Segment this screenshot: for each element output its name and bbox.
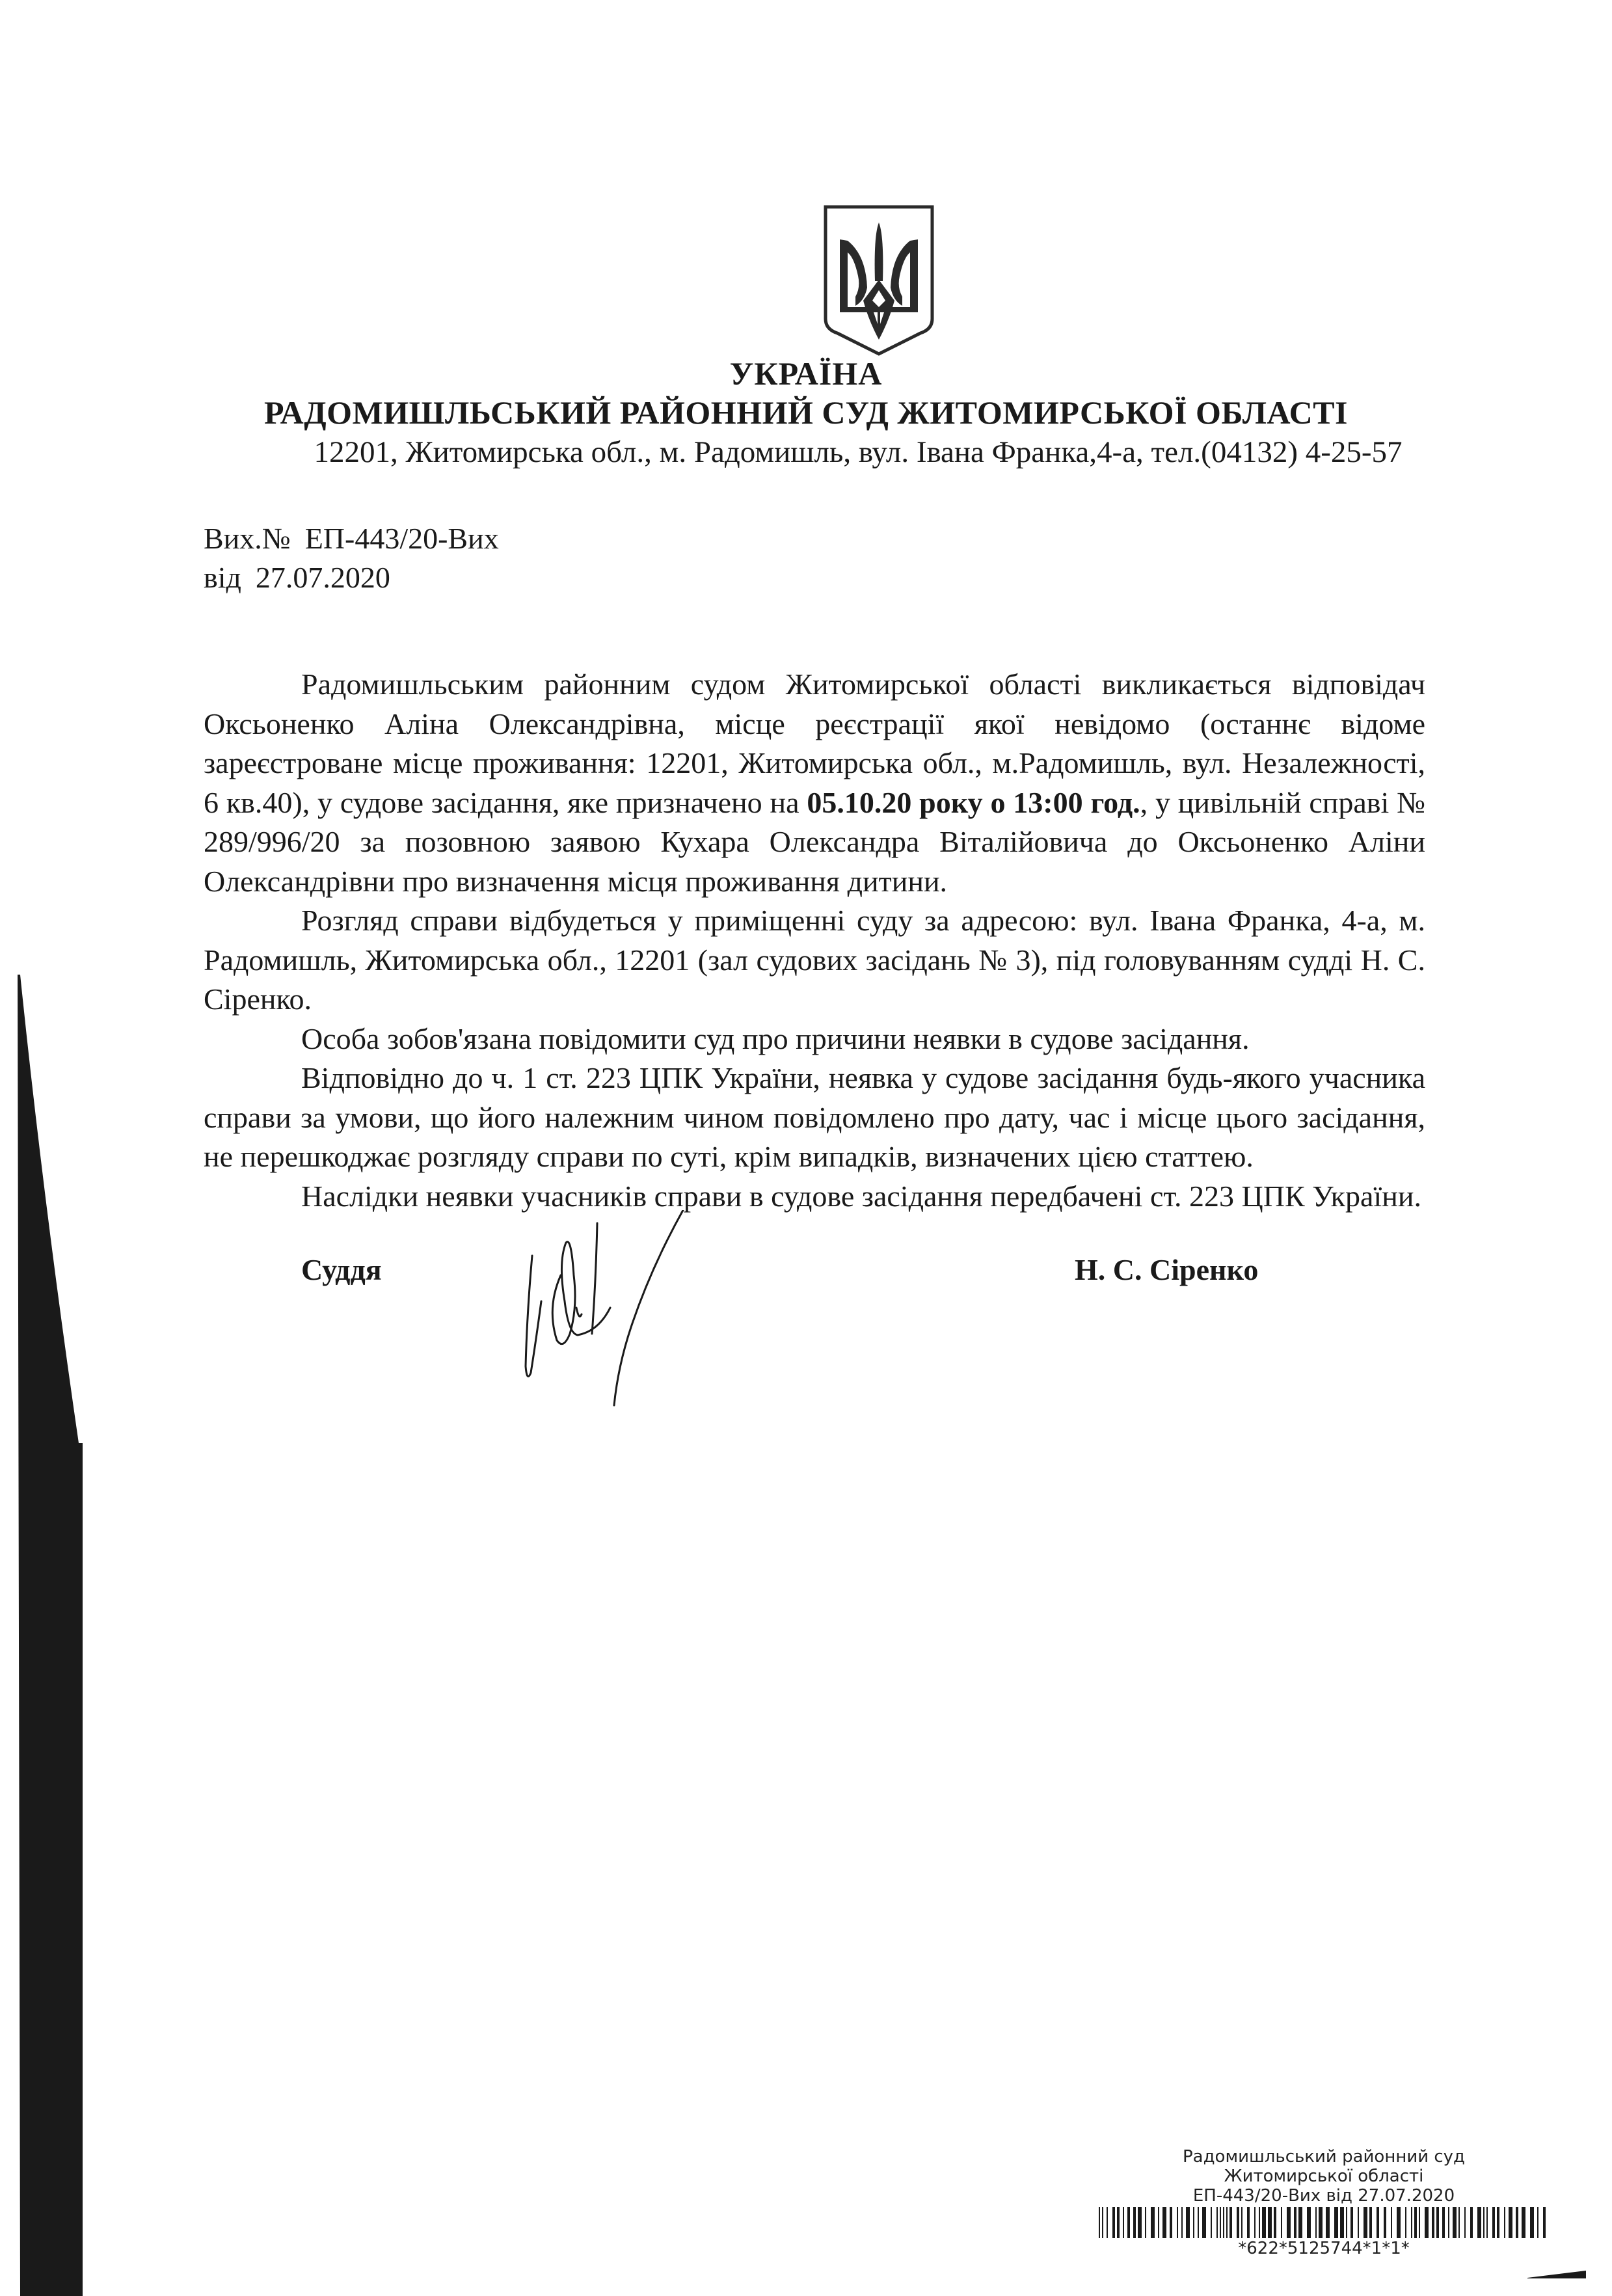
barcode-bar bbox=[1537, 2207, 1538, 2238]
barcode-bar bbox=[1411, 2207, 1412, 2238]
barcode-bar bbox=[1151, 2207, 1155, 2238]
barcode-bar bbox=[1127, 2207, 1130, 2238]
barcode-bar bbox=[1509, 2207, 1512, 2238]
barcode-bar bbox=[1419, 2207, 1420, 2238]
barcode-bar bbox=[1223, 2207, 1224, 2238]
scan-shadow-bottom-right bbox=[1527, 2271, 1586, 2278]
barcode-bar bbox=[1099, 2207, 1100, 2238]
barcode-bar bbox=[1477, 2207, 1481, 2238]
barcode-bar bbox=[1315, 2207, 1317, 2238]
summons-body: Радомишльським районним судом Житомирськ… bbox=[204, 665, 1425, 1216]
barcode-bar bbox=[1326, 2207, 1330, 2238]
barcode bbox=[1096, 2207, 1552, 2238]
barcode-bar bbox=[1414, 2207, 1417, 2238]
barcode-bar bbox=[1241, 2207, 1243, 2238]
barcode-bar bbox=[1522, 2207, 1525, 2238]
signer-role: Суддя bbox=[301, 1252, 382, 1287]
ukraine-coat-of-arms-icon bbox=[822, 203, 936, 357]
barcode-bar bbox=[1543, 2207, 1546, 2238]
barcode-bar bbox=[1530, 2207, 1534, 2238]
barcode-bar bbox=[1112, 2207, 1115, 2238]
outgoing-number: ЕП-443/20-Вих bbox=[305, 522, 499, 555]
barcode-bar bbox=[1287, 2207, 1291, 2238]
barcode-bar bbox=[1158, 2207, 1159, 2238]
barcode-bar bbox=[1442, 2207, 1445, 2238]
barcode-bar bbox=[1346, 2207, 1347, 2238]
barcode-bar bbox=[1262, 2207, 1266, 2238]
barcode-bar bbox=[1202, 2207, 1206, 2238]
barcode-bar bbox=[1226, 2207, 1228, 2238]
barcode-bar bbox=[1211, 2207, 1212, 2238]
barcode-bar bbox=[1247, 2207, 1250, 2238]
barcode-bar bbox=[1162, 2207, 1166, 2238]
barcode-bar bbox=[1358, 2207, 1359, 2238]
handwritten-signature bbox=[501, 1210, 774, 1412]
stamp-court-name: Радомишльський районний суд bbox=[1086, 2147, 1561, 2167]
barcode-bar bbox=[1436, 2207, 1439, 2238]
barcode-bar bbox=[1268, 2207, 1272, 2238]
barcode-bar bbox=[1470, 2207, 1473, 2238]
barcode-bar bbox=[1319, 2207, 1323, 2238]
barcode-bar bbox=[1186, 2207, 1190, 2238]
barcode-bar bbox=[1405, 2207, 1406, 2238]
barcode-bar bbox=[1220, 2207, 1221, 2238]
stamp-region: Житомирської області bbox=[1086, 2167, 1561, 2186]
barcode-bar bbox=[1483, 2207, 1484, 2238]
barcode-bar bbox=[1369, 2207, 1372, 2238]
barcode-bar bbox=[1464, 2207, 1466, 2238]
stamp-reference: ЕП-443/20-Вих від 27.07.2020 bbox=[1086, 2186, 1561, 2206]
signer-name: Н. С. Сіренко bbox=[1075, 1252, 1258, 1287]
registration-stamp: Радомишльський районний суд Житомирської… bbox=[1086, 2147, 1561, 2258]
barcode-bar bbox=[1193, 2207, 1194, 2238]
barcode-bar bbox=[1138, 2207, 1142, 2238]
barcode-bar bbox=[1486, 2207, 1488, 2238]
barcode-bar bbox=[1334, 2207, 1338, 2238]
barcode-bar bbox=[1237, 2207, 1239, 2238]
barcode-bar bbox=[1425, 2207, 1429, 2238]
document-page: УКРАЇНА РАДОМИШЛЬСЬКИЙ РАЙОННИЙ СУД ЖИТО… bbox=[0, 0, 1612, 2296]
barcode-bar bbox=[1254, 2207, 1256, 2238]
barcode-bar bbox=[1458, 2207, 1460, 2238]
barcode-bar bbox=[1516, 2207, 1518, 2238]
barcode-bar bbox=[1448, 2207, 1449, 2238]
barcode-bar bbox=[1107, 2207, 1108, 2238]
barcode-bar bbox=[1504, 2207, 1505, 2238]
barcode-bar bbox=[1274, 2207, 1276, 2238]
outgoing-date-line: від27.07.2020 bbox=[204, 558, 499, 597]
court-name: РАДОМИШЛЬСЬКИЙ РАЙОННИЙ СУД ЖИТОМИРСЬКОЇ… bbox=[0, 394, 1612, 431]
paragraph-location: Розгляд справи відбудеться у приміщенні … bbox=[204, 901, 1425, 1020]
barcode-bar bbox=[1170, 2207, 1172, 2238]
barcode-bar bbox=[1117, 2207, 1120, 2238]
outgoing-number-label: Вих.№ bbox=[204, 522, 291, 555]
outgoing-reference: Вих.№ЕП-443/20-Вих від27.07.2020 bbox=[204, 519, 499, 597]
outgoing-date-label: від bbox=[204, 561, 241, 594]
barcode-bar bbox=[1453, 2207, 1457, 2238]
barcode-bar bbox=[1492, 2207, 1495, 2238]
barcode-bar bbox=[1133, 2207, 1136, 2238]
barcode-bar bbox=[1123, 2207, 1124, 2238]
paragraph-obligation: Особа зобов'язана повідомити суд про при… bbox=[204, 1020, 1425, 1059]
paragraph-legal-basis: Відповідно до ч. 1 ст. 223 ЦПК України, … bbox=[204, 1059, 1425, 1177]
barcode-bar bbox=[1145, 2207, 1146, 2238]
court-address: 12201, Житомирська обл., м. Радомишль, в… bbox=[0, 435, 1612, 470]
barcode-bar bbox=[1229, 2207, 1232, 2238]
barcode-bar bbox=[1102, 2207, 1103, 2238]
barcode-bar bbox=[1363, 2207, 1367, 2238]
scan-shadow-left bbox=[18, 975, 83, 2296]
barcode-bar bbox=[1181, 2207, 1183, 2238]
barcode-number: *622*5125744*1*1* bbox=[1086, 2239, 1561, 2258]
outgoing-number-line: Вих.№ЕП-443/20-Вих bbox=[204, 519, 499, 558]
barcode-bar bbox=[1281, 2207, 1282, 2238]
barcode-bar bbox=[1432, 2207, 1434, 2238]
barcode-bar bbox=[1391, 2207, 1392, 2238]
barcode-bar bbox=[1216, 2207, 1218, 2238]
barcode-bar bbox=[1497, 2207, 1499, 2238]
barcode-bar bbox=[1377, 2207, 1379, 2238]
barcode-bar bbox=[1259, 2207, 1260, 2238]
outgoing-date: 27.07.2020 bbox=[256, 561, 390, 594]
paragraph-consequences: Наслідки неявки учасників справи в судов… bbox=[204, 1177, 1425, 1217]
paragraph-summons: Радомишльським районним судом Житомирськ… bbox=[204, 665, 1425, 901]
country-title: УКРАЇНА bbox=[0, 355, 1612, 392]
barcode-bar bbox=[1177, 2207, 1178, 2238]
barcode-bar bbox=[1350, 2207, 1353, 2238]
barcode-bar bbox=[1307, 2207, 1311, 2238]
signature-block: Суддя Н. С. Сіренко bbox=[0, 1252, 1612, 1291]
barcode-bar bbox=[1340, 2207, 1344, 2238]
barcode-bar bbox=[1198, 2207, 1199, 2238]
barcode-bar bbox=[1294, 2207, 1296, 2238]
barcode-bar bbox=[1397, 2207, 1401, 2238]
barcode-bar bbox=[1298, 2207, 1302, 2238]
hearing-datetime: 05.10.20 року о 13:00 год. bbox=[807, 786, 1140, 819]
barcode-bar bbox=[1384, 2207, 1386, 2238]
